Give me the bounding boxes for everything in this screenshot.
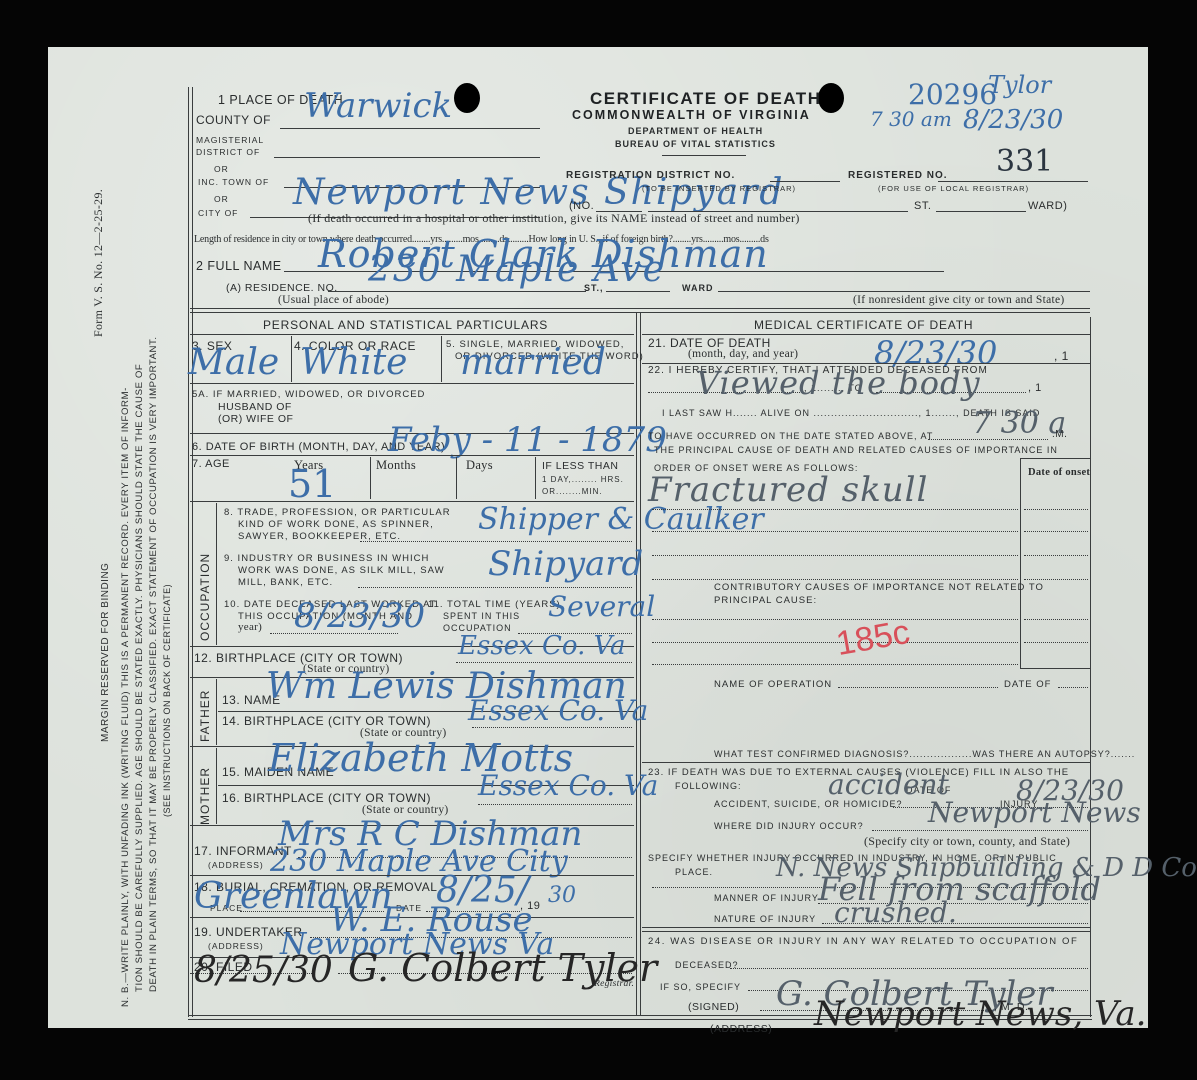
annotation-date: 8/23/30 bbox=[963, 107, 1063, 133]
registered-no-value: 331 bbox=[996, 147, 1053, 177]
residence-note: (Usual place of abode) bbox=[278, 294, 389, 306]
mother-bp-label: 16. BIRTHPLACE (city or town) bbox=[222, 791, 431, 805]
trade-label-2: KIND OF WORK DONE, AS SPINNER, bbox=[238, 519, 434, 530]
form-left-border bbox=[188, 87, 193, 1017]
less-label-2: 1 DAY,........ HRS. bbox=[542, 475, 624, 484]
physician-address: Newport News, Va. bbox=[814, 997, 1146, 1031]
magisterial-label-1: MAGISTERIAL bbox=[196, 135, 264, 145]
father-bp-value: Essex Co. Va bbox=[468, 697, 648, 725]
contrib-line-1 bbox=[652, 619, 1018, 620]
mother-bp-value: Essex Co. Va bbox=[478, 772, 658, 800]
county-label: COUNTY OF bbox=[196, 113, 271, 127]
industry-label-2: WORK WAS DONE, AS SILK MILL, SAW bbox=[238, 565, 445, 576]
mother-divider bbox=[216, 748, 217, 824]
dod-sub: (month, day, and year) bbox=[688, 348, 798, 360]
months-label: Months bbox=[376, 458, 416, 473]
occ-related-line bbox=[730, 968, 1088, 969]
cause-line-2 bbox=[652, 531, 1018, 532]
onset-line-4 bbox=[1024, 579, 1088, 580]
cause-value: Fractured skull bbox=[648, 473, 928, 507]
magisterial-line bbox=[274, 157, 540, 158]
dod-suffix: , 1 bbox=[1054, 349, 1069, 363]
where-value: Newport News bbox=[928, 799, 1141, 827]
punch-hole bbox=[454, 83, 480, 113]
spouse-label-2: HUSBAND OF bbox=[218, 401, 292, 413]
onset-line-2 bbox=[1024, 531, 1088, 532]
registered-no-label: REGISTERED NO. bbox=[848, 170, 948, 181]
residence-st-line bbox=[606, 291, 670, 292]
dob-value: Feby - 11 - 1879 bbox=[388, 423, 667, 457]
reg-district-line bbox=[770, 181, 840, 182]
rule bbox=[642, 762, 1090, 763]
contrib-line-2 bbox=[652, 642, 1018, 643]
where-note: (Specify city or town, county, and State… bbox=[864, 834, 1070, 849]
operation-date-label: DATE OF bbox=[1004, 679, 1051, 690]
personal-heading: PERSONAL AND STATISTICAL PARTICULARS bbox=[263, 318, 548, 332]
operation-label: NAME OF OPERATION bbox=[714, 679, 832, 690]
to-suffix: , 1 bbox=[1028, 382, 1042, 394]
father-bp-label: 14. BIRTHPLACE (city or town) bbox=[222, 714, 431, 728]
header-rule bbox=[662, 155, 746, 156]
residence-value: 230 Maple Ave bbox=[368, 252, 666, 288]
rule bbox=[642, 927, 1090, 932]
occupation-divider bbox=[216, 503, 217, 645]
column-divider bbox=[636, 313, 641, 1015]
attended-value: Viewed the body bbox=[696, 367, 981, 399]
medical-heading: MEDICAL CERTIFICATE OF DEATH bbox=[754, 318, 973, 332]
contributory-label-2: PRINCIPAL CAUSE: bbox=[714, 595, 817, 606]
spouse-label-1: 5A. IF MARRIED, WIDOWED, OR DIVORCED bbox=[192, 389, 425, 400]
onset-column-border bbox=[1020, 458, 1021, 668]
or-label: OR bbox=[214, 164, 229, 174]
birthplace-value: Essex Co. Va bbox=[458, 633, 626, 659]
rule bbox=[190, 455, 634, 456]
residence-label: (A) RESIDENCE. NO. bbox=[226, 282, 338, 294]
principal-label-1: THE PRINCIPAL CAUSE OF DEATH AND RELATED… bbox=[654, 445, 1058, 455]
nonresident-note: (If nonresident give city or town and St… bbox=[853, 294, 1065, 306]
where-label: WHERE DID INJURY OCCUR? bbox=[714, 821, 864, 831]
if-so-label: IF SO, SPECIFY bbox=[660, 982, 741, 992]
cell-divider bbox=[441, 336, 442, 382]
rule bbox=[190, 334, 634, 335]
residence-st-label: ST., bbox=[584, 283, 604, 293]
instructions-line-1: N. B.—WRITE PLAINLY, WITH UNFADING INK (… bbox=[120, 387, 131, 1007]
cell-divider bbox=[535, 457, 536, 499]
death-certificate: Form V. S. No. 12—2-25-29. MARGIN RESERV… bbox=[48, 47, 1148, 1028]
father-side-label: FATHER bbox=[198, 690, 212, 742]
onset-line-5 bbox=[1024, 619, 1088, 620]
instructions-line-2: TION SHOULD BE CAREFULLY SUPPLIED. AGE S… bbox=[134, 364, 145, 992]
residence-ward-label: WARD bbox=[682, 283, 714, 293]
annotation-name: Tylor bbox=[988, 73, 1051, 97]
bureau-label: BUREAU OF VITAL STATISTICS bbox=[615, 139, 776, 149]
industry-line bbox=[358, 587, 632, 588]
time-suffix: .M. bbox=[1052, 429, 1067, 440]
industry-value: Shipyard bbox=[488, 547, 643, 581]
operation-line bbox=[838, 687, 998, 688]
registered-no-note: (FOR USE OF LOCAL REGISTRAR) bbox=[878, 184, 1029, 193]
sex-value: Male bbox=[188, 345, 279, 381]
nature-label: NATURE OF INJURY bbox=[714, 914, 816, 924]
onset-column-top bbox=[1020, 458, 1090, 459]
age-label: 7. AGE bbox=[192, 458, 230, 470]
marital-value: married bbox=[460, 345, 606, 381]
ward-line bbox=[936, 211, 1026, 212]
days-label: Days bbox=[466, 458, 493, 473]
occ-related-label-2: DECEASED? bbox=[675, 960, 739, 970]
certificate-title: CERTIFICATE OF DEATH bbox=[590, 89, 821, 109]
test-label: WHAT TEST CONFIRMED DIAGNOSIS?..........… bbox=[714, 749, 1135, 759]
manner-label: MANNER OF INJURY bbox=[714, 893, 819, 903]
father-divider bbox=[216, 679, 217, 745]
form-right-border bbox=[1090, 317, 1091, 1017]
last-worked-value: 8/23/30 bbox=[294, 599, 425, 633]
mother-side-label: MOTHER bbox=[198, 767, 212, 825]
nature-value: crushed. bbox=[834, 899, 957, 927]
occ-related-label-1: 24. WAS DISEASE OR INJURY IN ANY WAY REL… bbox=[648, 936, 1078, 947]
classification-code: 185c bbox=[834, 615, 913, 661]
department-label: DEPARTMENT OF HEALTH bbox=[628, 126, 763, 136]
cause-line-3 bbox=[652, 555, 1018, 556]
occurred-label: TO HAVE OCCURRED ON THE DATE STATED ABOV… bbox=[648, 431, 933, 441]
inc-town-label: INC. TOWN OF bbox=[198, 177, 269, 187]
full-name-label: 2 FULL NAME bbox=[196, 259, 282, 273]
rule bbox=[642, 334, 1090, 335]
accident-value: accident bbox=[828, 771, 949, 799]
registrar-label: Registrar. bbox=[594, 979, 634, 989]
cause-line-4 bbox=[652, 579, 1018, 580]
spouse-label-3: (OR) WIFE OF bbox=[218, 413, 293, 425]
hospital-note: (If death occurred in a hospital or othe… bbox=[308, 211, 800, 226]
address-label: (ADDRESS) bbox=[710, 1023, 772, 1035]
registered-no-line bbox=[938, 181, 1088, 182]
city-label: CITY OF bbox=[198, 208, 238, 218]
burial-year-value: 30 bbox=[548, 885, 576, 907]
onset-line-6 bbox=[1024, 642, 1088, 643]
onset-label: Date of onset bbox=[1028, 467, 1090, 478]
onset-line-1 bbox=[1024, 509, 1088, 510]
last-worked-label-3: year) bbox=[238, 621, 262, 633]
reg-district-note: (TO BE INSERTED BY REGISTRAR) bbox=[642, 184, 796, 193]
annotation-time: 7 30 am bbox=[870, 109, 952, 129]
contrib-line-3 bbox=[652, 664, 1018, 665]
total-time-value: Several bbox=[548, 593, 655, 621]
cell-divider bbox=[370, 457, 371, 499]
age-years-value: 51 bbox=[288, 465, 336, 503]
less-label-3: OR........MIN. bbox=[542, 487, 603, 496]
onset-column-bottom bbox=[1020, 668, 1090, 669]
rule bbox=[190, 383, 634, 384]
where-line bbox=[872, 830, 1088, 831]
residence-line bbox=[328, 291, 586, 292]
contributory-label-1: CONTRIBUTORY CAUSES OF IMPORTANCE NOT RE… bbox=[714, 582, 1044, 593]
st-label: ST. bbox=[914, 200, 931, 212]
less-label-1: IF LESS THAN bbox=[542, 460, 618, 472]
residence-ward-line bbox=[718, 291, 1090, 292]
birthplace-line bbox=[456, 662, 632, 663]
total-time-label-2: SPENT IN THIS bbox=[443, 611, 520, 621]
ward-label: WARD) bbox=[1028, 200, 1067, 212]
punch-hole bbox=[818, 83, 844, 113]
margin-reserved-label: MARGIN RESERVED FOR BINDING bbox=[100, 563, 111, 742]
reg-district-label: REGISTRATION DISTRICT NO. bbox=[566, 170, 735, 181]
mother-bp-line bbox=[478, 804, 632, 805]
instructions-line-3: DEATH IN PLAIN TERMS, SO THAT IT MAY BE … bbox=[148, 336, 159, 992]
informant-addr-label: (ADDRESS) bbox=[208, 860, 264, 870]
commonwealth-subtitle: COMMONWEALTH OF VIRGINIA bbox=[572, 108, 811, 122]
cell-divider bbox=[456, 457, 457, 499]
trade-line bbox=[360, 541, 632, 542]
or-label-2: OR bbox=[214, 194, 229, 204]
form-number: Form V. S. No. 12—2-25-29. bbox=[91, 189, 106, 337]
specify-label-2: PLACE. bbox=[675, 867, 713, 877]
operation-date-line bbox=[1058, 687, 1088, 688]
total-time-label-1: 11. TOTAL TIME (YEARS) bbox=[428, 599, 561, 610]
county-line bbox=[280, 128, 540, 129]
occupation-side-label: OCCUPATION bbox=[198, 553, 212, 641]
father-bp-line bbox=[472, 727, 632, 728]
filed-date-value: 8/25/30 bbox=[194, 953, 333, 989]
industry-label-3: MILL, BANK, ETC. bbox=[238, 577, 333, 588]
industry-label-1: 9. INDUSTRY OR BUSINESS IN WHICH bbox=[224, 553, 429, 564]
trade-label-1: 8. TRADE, PROFESSION, OR PARTICULAR bbox=[224, 507, 451, 518]
race-value: White bbox=[300, 345, 407, 381]
county-value: Warwick bbox=[304, 89, 452, 123]
magisterial-label-2: DISTRICT OF bbox=[196, 147, 260, 157]
instructions-line-4: (SEE INSTRUCTIONS ON BACK OF CERTIFICATE… bbox=[162, 584, 172, 817]
external-label-2: FOLLOWING: bbox=[675, 781, 742, 791]
onset-line-3 bbox=[1024, 555, 1088, 556]
cell-divider bbox=[291, 336, 292, 382]
signed-label: (SIGNED) bbox=[688, 1001, 739, 1013]
